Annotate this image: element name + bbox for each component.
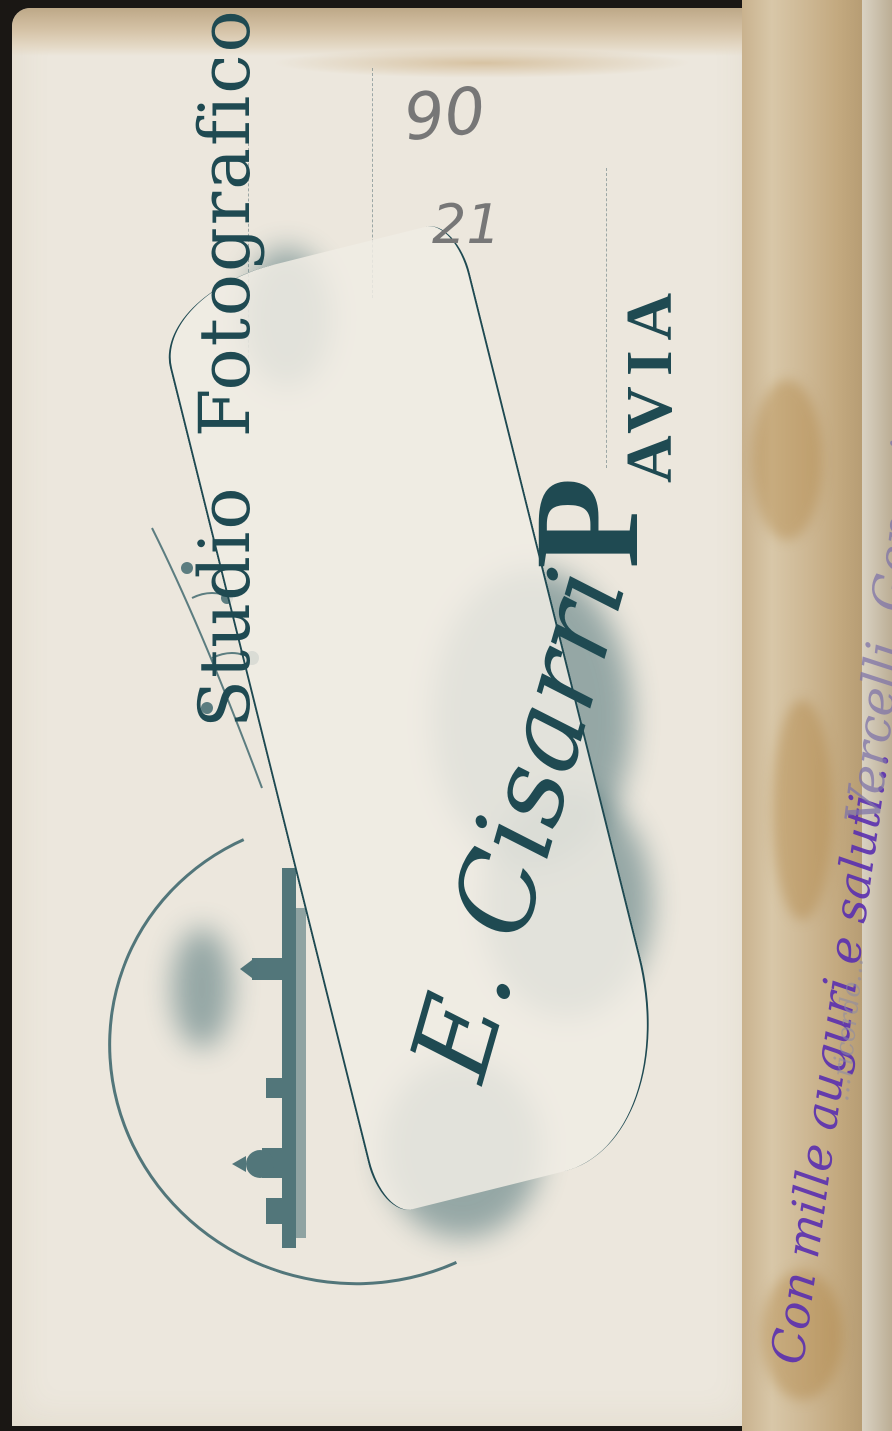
photo-card-back: Studio Fotografico E. Cisarri P AVIA Via… [12,8,752,1426]
age-stain [272,48,692,78]
guide-line [606,168,607,468]
age-stain [752,380,822,540]
fotografico-word: Fotografico [184,8,266,437]
studio-word: Studio [184,485,266,728]
pencil-note-number: 90 [400,74,489,156]
pencil-note-number: 21 [432,193,501,256]
city-name: AVIA [612,283,688,483]
studio-heading: Studio Fotografico [184,8,266,728]
age-stain [772,700,832,920]
